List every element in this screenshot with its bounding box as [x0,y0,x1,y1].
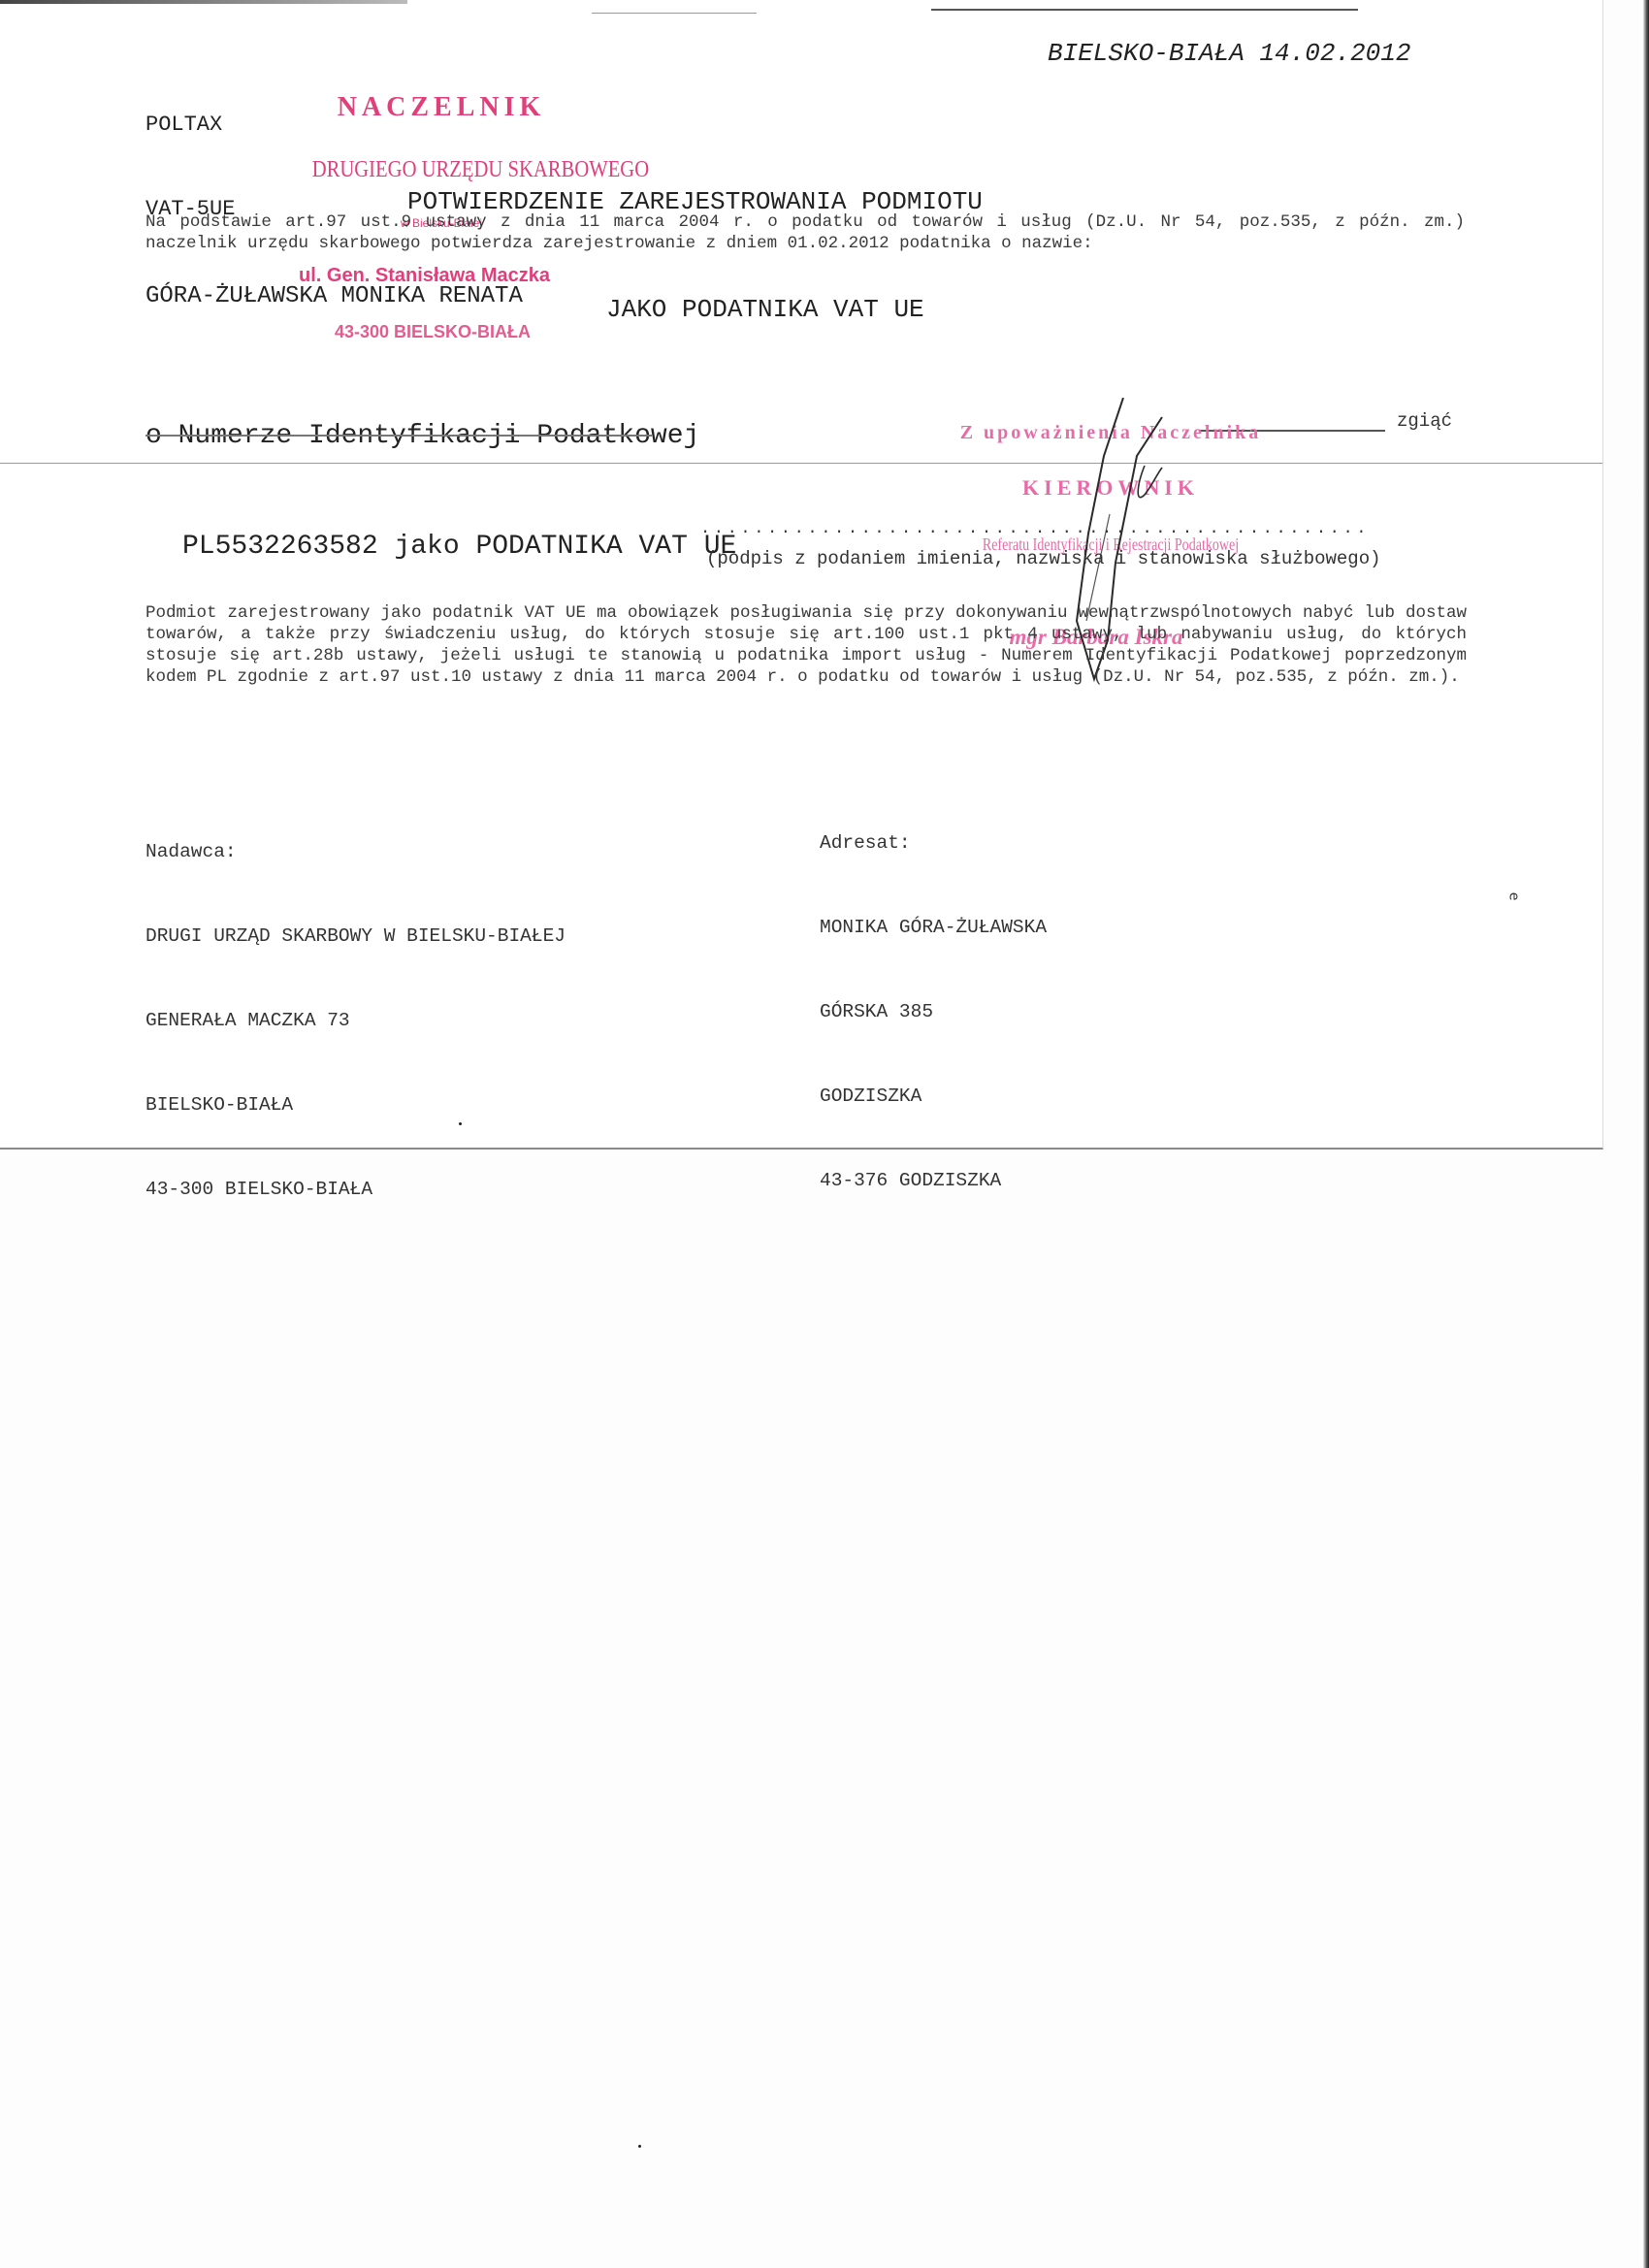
recipient-label: Adresat: [820,829,1047,858]
recipient-address: Adresat: MONIKA GÓRA-ŻUŁAWSKA GÓRSKA 385… [820,773,1047,1223]
fold-line [0,463,1602,464]
top-edge-line [592,13,757,14]
place-date: BIELSKO-BIAŁA 14.02.2012 [1048,39,1410,68]
scan-edge-shadow [0,0,407,4]
sender-line: GENERAŁA MACZKA 73 [145,1007,566,1035]
recipient-line: GÓRSKA 385 [820,998,1047,1026]
tax-id-block: o Numerze Identyfikacji Podatkowej PL553… [145,344,736,602]
top-edge-line [931,9,1358,11]
obligation-text: Podmiot zarejestrowany jako podatnik VAT… [145,602,1467,688]
sender-label: Nadawca: [145,838,566,866]
scan-speck [638,2145,641,2148]
signature-stamp-line: KIEROWNIK [931,477,1290,499]
fold-label: zgiąć [1397,410,1452,432]
signature-line: ........................................… [700,520,1370,538]
signature-caption: (podpis z podaniem imienia, nazwiska i s… [706,548,1381,569]
obligation-paragraph: Podmiot zarejestrowany jako podatnik VAT… [145,602,1467,688]
recipient-line: MONIKA GÓRA-ŻUŁAWSKA [820,914,1047,942]
sender-line: DRUGI URZĄD SKARBOWY W BIELSKU-BIAŁEJ [145,923,566,951]
form-code-system: POLTAX [145,111,235,139]
margin-mark: e [1505,892,1521,901]
recipient-line: 43-376 GODZISZKA [820,1167,1047,1195]
intro-paragraph: Na podstawie art.97 ust.9 ustawy z dnia … [145,211,1465,254]
sender-line: BIELSKO-BIAŁA [145,1091,566,1119]
tax-id-line: PL5532263582 jako PODATNIKA VAT UE [145,529,736,566]
separator-rule [145,435,652,437]
sender-address: Nadawca: DRUGI URZĄD SKARBOWY W BIELSKU-… [145,782,566,1232]
scan-speck [459,1122,462,1125]
taxpayer-name: GÓRA-ŻUŁAWSKA MONIKA RENATA [145,283,523,309]
sender-line: 43-300 BIELSKO-BIAŁA [145,1176,566,1204]
recipient-line: GODZISZKA [820,1083,1047,1111]
scan-right-edge [1643,0,1649,2268]
signature-stamp-line: Z upoważnienia Naczelnika [931,423,1290,442]
tax-id-line: o Numerze Identyfikacji Podatkowej [145,418,736,455]
